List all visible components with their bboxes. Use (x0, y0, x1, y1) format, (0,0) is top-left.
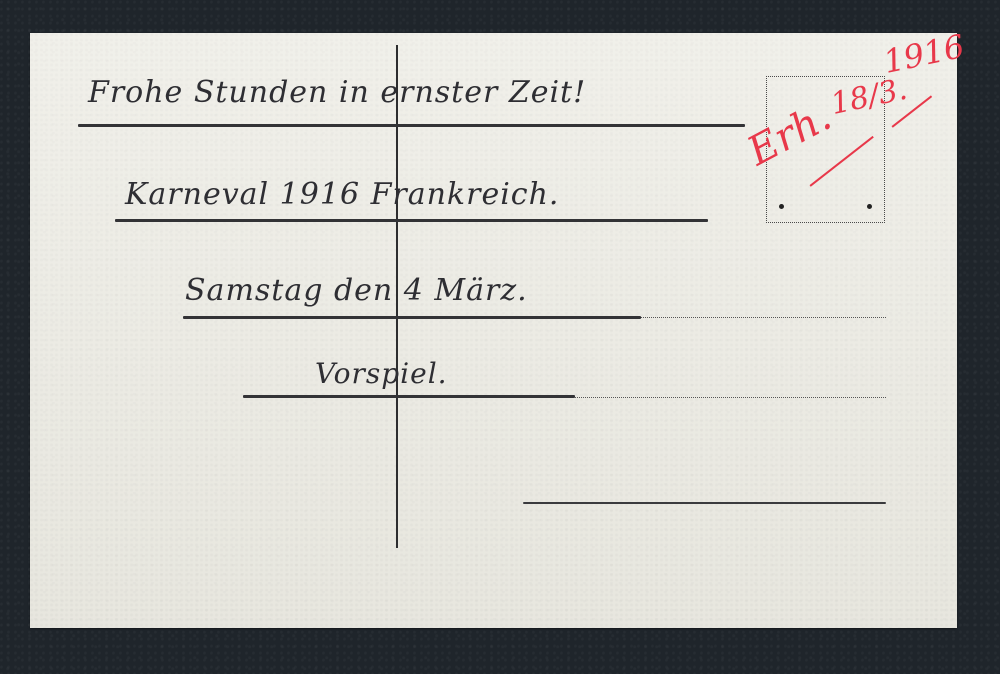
address-rule-1 (78, 124, 745, 127)
address-rule-4 (243, 395, 575, 398)
address-dotted-3 (641, 317, 886, 318)
stamp-hole-right (867, 204, 872, 209)
message-line-3: Samstag den 4 März. (185, 273, 528, 308)
address-rule-5 (523, 502, 886, 504)
postcard: Frohe Stunden in ernster Zeit! Karneval … (30, 33, 957, 628)
address-rule-2 (115, 219, 708, 222)
address-rule-3 (183, 316, 641, 319)
received-annotation-year: 1916 (880, 27, 968, 81)
stamp-hole-left (779, 204, 784, 209)
address-dotted-4 (575, 397, 886, 398)
message-line-4: Vorspiel. (315, 357, 448, 390)
message-line-1: Frohe Stunden in ernster Zeit! (88, 75, 586, 110)
message-line-2: Karneval 1916 Frankreich. (125, 177, 559, 212)
